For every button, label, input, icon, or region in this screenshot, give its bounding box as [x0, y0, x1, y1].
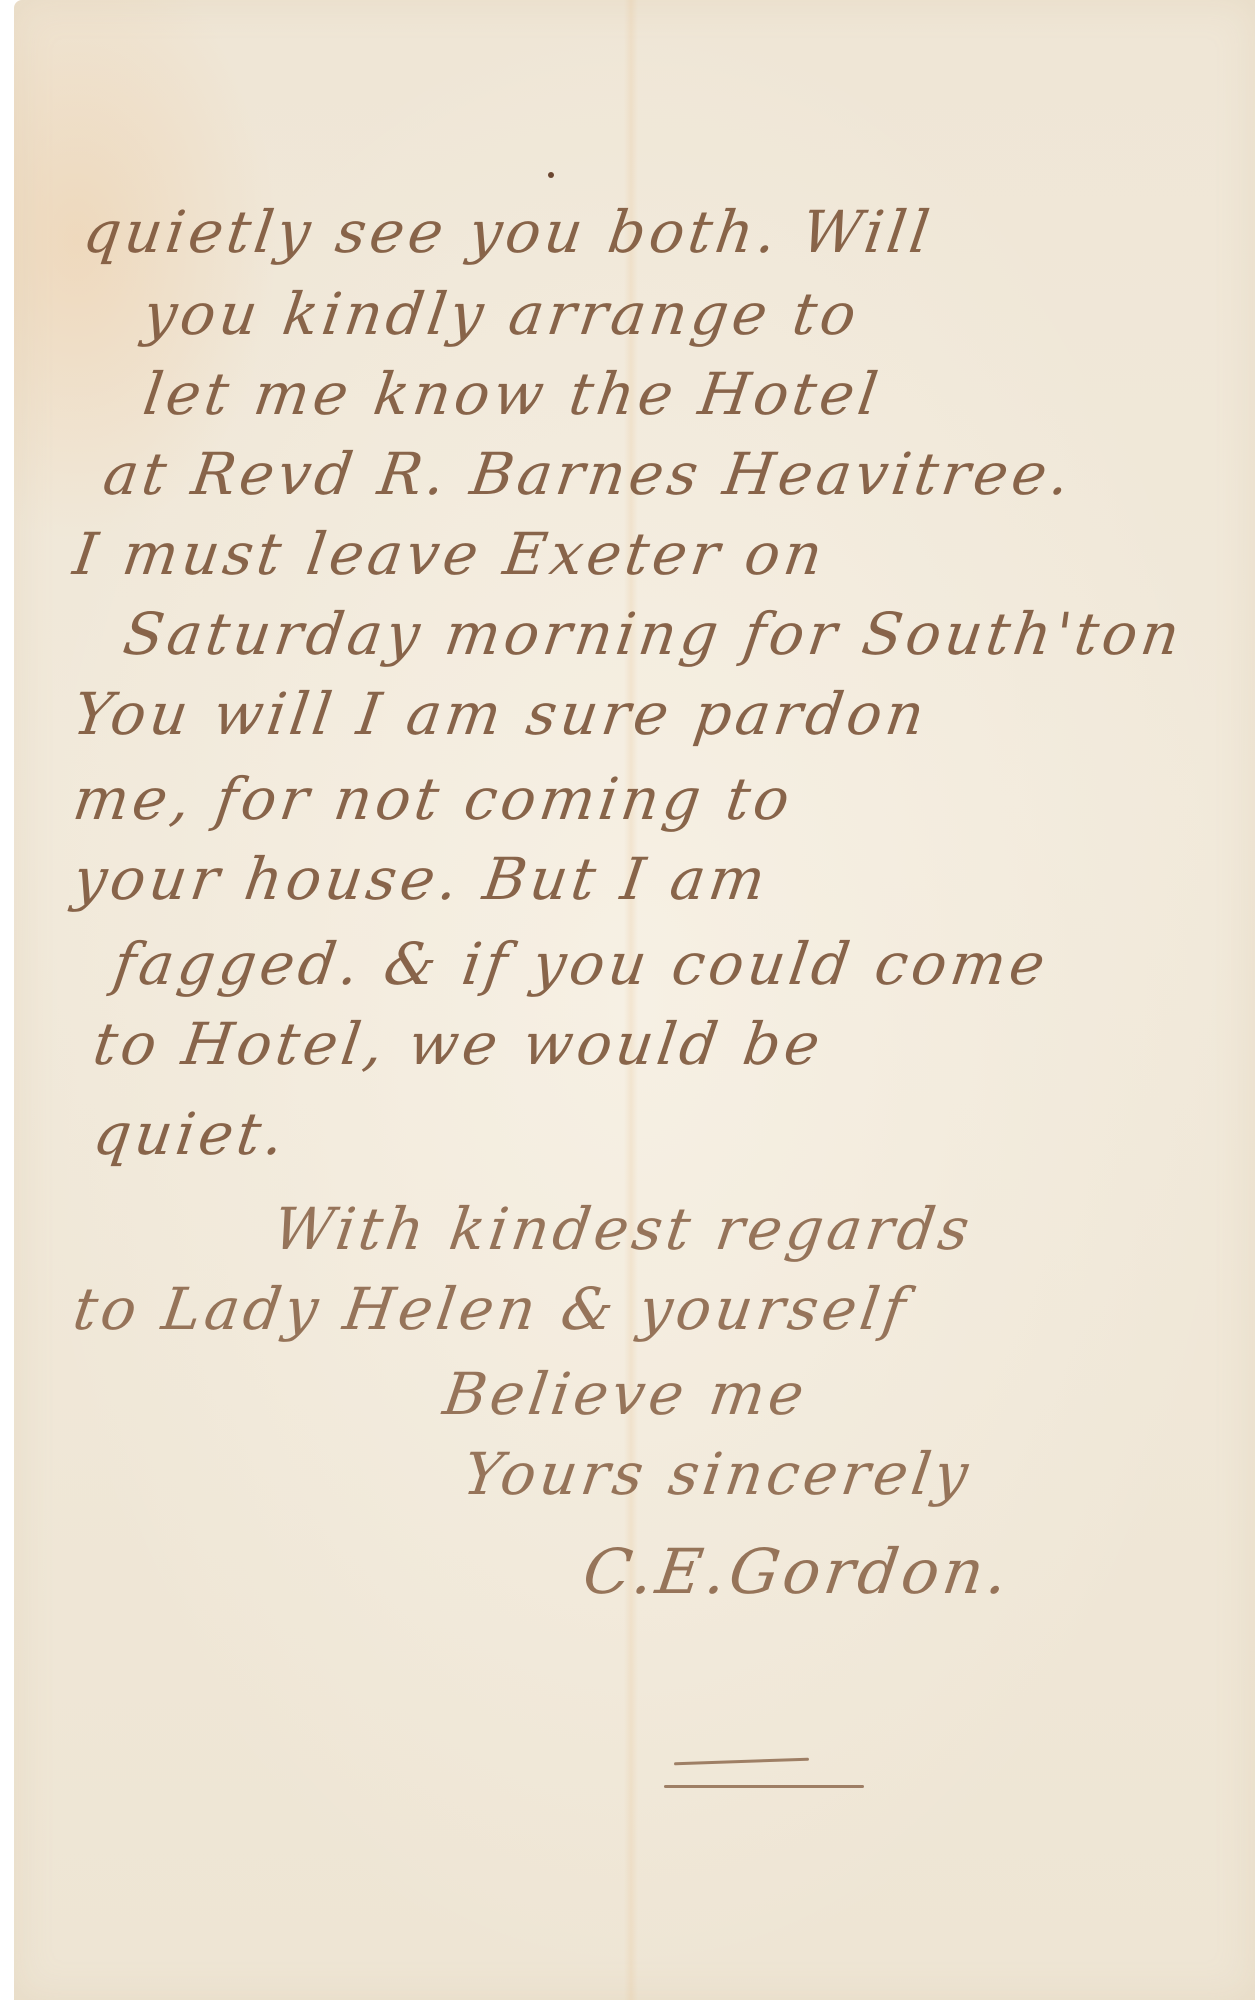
signature-flourish-bottom [664, 1785, 864, 1788]
letter-line-9: your house. But I am [69, 845, 773, 913]
signature-flourish-top [674, 1758, 809, 1766]
letter-line-4: at Revd R. Barnes Heavitree. [99, 440, 1077, 508]
letter-line-2: you kindly arrange to [139, 280, 864, 348]
closing-recipients: to Lady Helen & yourself [69, 1275, 913, 1343]
letter-line-1: quietly see you both. Will [79, 198, 937, 266]
closing-believe-me: Believe me [439, 1360, 812, 1428]
letter-line-12: quiet. [89, 1100, 292, 1168]
letter-line-8: me, for not coming to [69, 765, 797, 833]
letter-line-11: to Hotel, we would be [89, 1010, 828, 1078]
letter-paper: quietly see you both. Will you kindly ar… [14, 0, 1255, 2000]
letter-line-3: let me know the Hotel [139, 360, 886, 428]
letter-line-10: fagged. & if you could come [109, 930, 1053, 998]
letter-line-6: Saturday morning for South'ton [119, 600, 1187, 668]
ink-dot [548, 172, 554, 178]
closing-regards: With kindest regards [269, 1195, 977, 1263]
signature: C.E.Gordon. [579, 1535, 1016, 1608]
letter-line-7: You will I am sure pardon [69, 680, 932, 748]
closing-yours-sincerely: Yours sincerely [459, 1440, 976, 1508]
letter-line-5: I must leave Exeter on [69, 520, 830, 588]
